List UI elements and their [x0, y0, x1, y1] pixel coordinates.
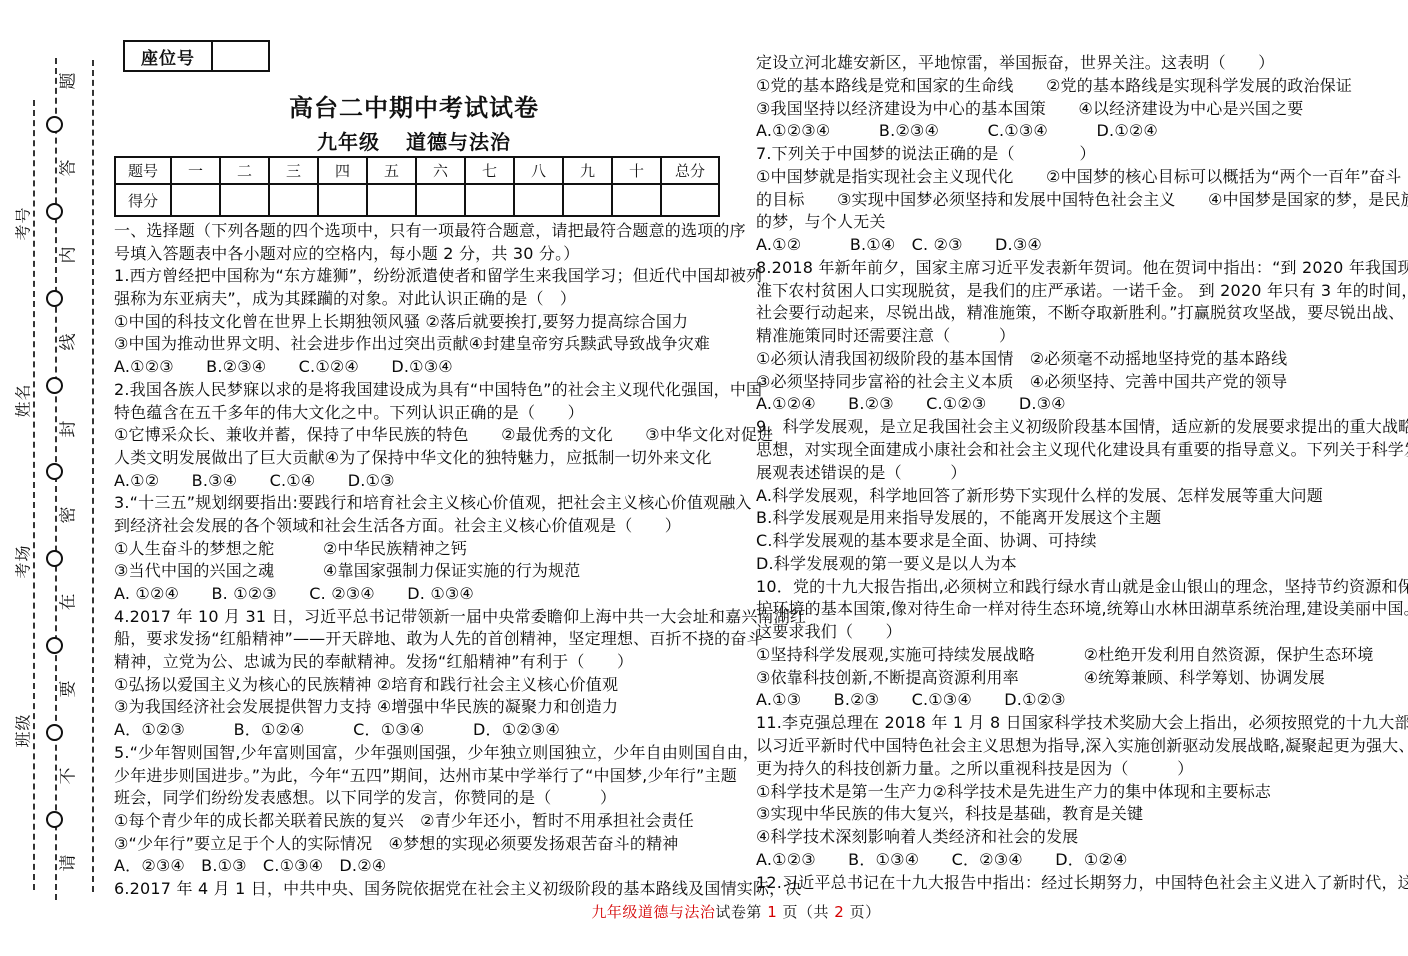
footer-segment: 九年级道德与法治 — [591, 903, 715, 921]
score-table-header-cell: 十 — [612, 157, 661, 184]
text-line: ①必须认清我国初级阶段的基本国情 ②必须毫不动摇地坚持党的基本路线 — [756, 348, 1368, 371]
text-line: 班会，同学们纷纷发表感想。以下同学的发言，你赞同的是（ ） — [114, 787, 730, 810]
text-line: A.①② B.①④ C. ②③ D.③④ — [756, 234, 1368, 257]
score-table-header-cell: 七 — [465, 157, 514, 184]
text-line: 1.西方曾经把中国称为“东方雄狮”，纷纷派遣使者和留学生来我国学习；但近代中国却… — [114, 265, 730, 288]
seal-circle-icon — [46, 377, 63, 394]
right-text-column: 定设立河北雄安新区，平地惊雷，举国振奋，世界关注。这表明（ ）①党的基本路线是党… — [756, 52, 1368, 894]
score-table-header-cell: 三 — [269, 157, 318, 184]
seat-number-label: 座位号 — [125, 42, 213, 70]
text-line: A.①②④ B.②③ C.①②③ D.③④ — [756, 393, 1368, 416]
page-title: 高台二中期中考试试卷 — [114, 88, 714, 123]
seal-char: 题 — [60, 73, 78, 90]
text-line: 精准施策同时还需要注意（ ） — [756, 325, 1368, 348]
score-table-score-row: 得分 — [115, 184, 719, 216]
text-line: ①弘扬以爱国主义为核心的民族精神 ②培育和践行社会主义核心价值观 — [114, 674, 730, 697]
score-cell — [220, 184, 269, 216]
text-line: D.科学发展观的第一要义是以人为本 — [756, 553, 1368, 576]
score-cell — [514, 184, 563, 216]
student-field-label-text: 考号 — [10, 206, 33, 240]
text-line: 以习近平新时代中国特色社会主义思想为指导,深入实施创新驱动发展战略,凝聚起更为强… — [756, 735, 1368, 758]
text-line: 一、选择题（下列各题的四个选项中，只有一项最符合题意，请把最符合题意的选项的序 — [114, 220, 730, 243]
subject-label: 道德与法治 — [406, 130, 511, 154]
text-line: 的目标 ③实现中国梦必须坚持和发展中国特色社会主义 ④中国梦是国家的梦，是民族 — [756, 189, 1368, 212]
text-line: A.科学发展观，科学地回答了新形势下实现什么样的发展、怎样发展等重大问题 — [756, 485, 1368, 508]
text-line: ③我国坚持以经济建设为中心的基本国策 ④以经济建设为中心是兴国之要 — [756, 98, 1368, 121]
score-cell — [416, 184, 465, 216]
text-line: 2.我国各族人民梦寐以求的是将我国建设成为具有“中国特色”的社会主义现代化强国，… — [114, 379, 730, 402]
seal-char: 要 — [60, 681, 78, 698]
text-line: ③为我国经济社会发展提供智力支持 ④增强中华民族的凝聚力和创造力 — [114, 696, 730, 719]
score-table-header-cell: 一 — [171, 157, 220, 184]
text-line: A.①②③ B．①③④ C．②③④ D．①②④ — [756, 849, 1368, 872]
fold-line-fields — [33, 100, 35, 890]
text-line: 特色蕴含在五千多年的伟大文化之中。下列认识正确的是（ ） — [114, 402, 730, 425]
score-cell — [269, 184, 318, 216]
footer-segment: 页（共 — [777, 903, 834, 921]
seal-char: 答 — [60, 159, 78, 176]
seal-circle-icon — [46, 550, 63, 567]
student-field-label-text: 班级 — [10, 713, 33, 747]
seal-char: 内 — [60, 246, 78, 263]
score-table-header-cell: 四 — [318, 157, 367, 184]
footer-segment: 页） — [844, 903, 880, 921]
text-line: 到经济社会发展的各个领域和社会生活各方面。社会主义核心价值观是（ ） — [114, 515, 730, 538]
footer-segment: 2 — [834, 903, 844, 921]
seal-char: 不 — [60, 768, 78, 785]
seal-circle-icon — [46, 637, 63, 654]
text-line: ①坚持科学发展观,实施可持续发展战略 ②杜绝开发利用自然资源，保护生态环境 — [756, 644, 1368, 667]
text-line: ①党的基本路线是党和国家的生命线 ②党的基本路线是实现科学发展的政治保证 — [756, 75, 1368, 98]
text-line: 强称为东亚病夫”，成为其蹂躏的对象。对此认识正确的是（ ） — [114, 288, 730, 311]
fold-line-inner — [92, 60, 94, 892]
seat-number-blank-cell — [213, 42, 268, 70]
text-line: A. ①②④ B. ①②③ C. ②③④ D. ①③④ — [114, 583, 730, 606]
seal-circle-icon — [46, 463, 63, 480]
score-row-label: 得分 — [115, 184, 171, 216]
seal-line-text: 题答内线封密在要不请 — [44, 72, 86, 872]
page-subtitle: 九年级道德与法治 — [114, 126, 714, 155]
seal-circle-icon — [46, 116, 63, 133]
text-line: 这要求我们（ ） — [756, 621, 1368, 644]
footer-segment: 1 — [767, 903, 777, 921]
text-line: 4.2017 年 10 月 31 日，习近平总书记带领新一届中央常委瞻仰上海中共… — [114, 606, 730, 629]
text-line: ④科学技术深刻影响着人类经济和社会的发展 — [756, 826, 1368, 849]
text-line: 9．科学发展观，是立足我国社会主义初级阶段基本国情，适应新的发展要求提出的重大战… — [756, 416, 1368, 439]
student-field-label-text: 考场 — [10, 544, 33, 578]
score-table-header-cell: 题号 — [115, 157, 171, 184]
seat-number-box: 座位号 — [123, 40, 270, 72]
text-line: ①它博采众长、兼收并蓄，保持了中华民族的特色 ②最优秀的文化 ③中华文化对促进 — [114, 424, 730, 447]
seal-char: 请 — [60, 854, 78, 871]
text-line: A．①②③ B．①②④ C．①③④ D．①②③④ — [114, 719, 730, 742]
text-line: 展观表述错误的是（ ） — [756, 462, 1368, 485]
score-table: 题号一二三四五六七八九十总分 得分 — [114, 156, 720, 217]
score-table-header-cell: 八 — [514, 157, 563, 184]
seal-char: 线 — [60, 333, 78, 350]
text-line: 的梦，与个人无关 — [756, 211, 1368, 234]
seal-circle-icon — [46, 203, 63, 220]
text-line: 少年进步则国进步。”为此，今年“五四”期间，达州市某中学举行了“中国梦,少年行”… — [114, 765, 730, 788]
score-table-header-cell: 二 — [220, 157, 269, 184]
score-cell — [367, 184, 416, 216]
text-line: ③实现中华民族的伟大复兴，科技是基础，教育是关键 — [756, 803, 1368, 826]
text-line: 号填入答题表中各小题对应的空格内，每小题 2 分，共 30 分。） — [114, 243, 730, 266]
left-text-column: 一、选择题（下列各题的四个选项中，只有一项最符合题意，请把最符合题意的选项的序号… — [114, 220, 730, 901]
text-line: ①科学技术是第一生产力②科学技术是先进生产力的集中体现和主要标志 — [756, 781, 1368, 804]
score-cell — [465, 184, 514, 216]
text-line: 5.“少年智则国智,少年富则国富，少年强则国强，少年独立则国独立，少年自由则国自… — [114, 742, 730, 765]
score-cell — [171, 184, 220, 216]
text-line: ③依靠科技创新,不断提高资源利用率 ④统筹兼顾、科学筹划、协调发展 — [756, 667, 1368, 690]
text-line: ③中国为推动世界文明、社会进步作出过突出贡献④封建皇帝穷兵黩武导致战争灾难 — [114, 333, 730, 356]
score-table-header-cell: 九 — [563, 157, 612, 184]
text-line: A．②③④ B.①③ C.①③④ D.②④ — [114, 855, 730, 878]
text-line: 思想，对实现全面建成小康社会和社会主义现代化建设具有重要的指导意义。下列关于科学… — [756, 439, 1368, 462]
text-line: C.科学发展观的基本要求是全面、协调、可持续 — [756, 530, 1368, 553]
text-line: 护环境的基本国策,像对待生命一样对待生态环境,统筹山水林田湖草系统治理,建设美丽… — [756, 598, 1368, 621]
text-line: 10．党的十九大报告指出,必须树立和践行绿水青山就是金山银山的理念，坚持节约资源… — [756, 576, 1368, 599]
text-line: ③“少年行”要立足于个人的实际情况 ④梦想的实现必须要发扬艰苦奋斗的精神 — [114, 833, 730, 856]
text-line: 人类文明发展做出了巨大贡献④为了保持中华文化的独特魅力，应抵制一切外来文化 — [114, 447, 730, 470]
score-cell — [612, 184, 661, 216]
text-line: A.①②③④ B.②③④ C.①③④ D.①②④ — [756, 120, 1368, 143]
text-line: 8.2018 年新年前夕，国家主席习近平发表新年贺词。他在贺词中指出：“到 20… — [756, 257, 1368, 280]
score-cell — [563, 184, 612, 216]
seal-char: 封 — [60, 420, 78, 437]
exam-page: 考号姓名考场班级 题答内线封密在要不请 座位号 高台二中期中考试试卷 九年级道德… — [0, 0, 1408, 956]
text-line: ①中国的科技文化曾在世界上长期独领风骚 ②落后就要挨打,要努力提高综合国力 — [114, 311, 730, 334]
grade-label: 九年级 — [317, 130, 380, 154]
text-line: 11.李克强总理在 2018 年 1 月 8 日国家科学技术奖励大会上指出，必须… — [756, 712, 1368, 735]
seal-circle-icon — [46, 290, 63, 307]
score-table-header-cell: 总分 — [661, 157, 719, 184]
seal-circle-icon — [46, 724, 63, 741]
text-line: ①中国梦就是指实现社会主义现代化 ②中国梦的核心目标可以概括为“两个一百年”奋斗 — [756, 166, 1368, 189]
text-line: 12.习近平总书记在十九大报告中指出：经过长期努力，中国特色社会主义进入了新时代… — [756, 872, 1368, 895]
text-line: A.①②③ B.②③④ C.①②④ D.①③④ — [114, 356, 730, 379]
score-cell — [661, 184, 719, 216]
text-line: B.科学发展观是用来指导发展的，不能离开发展这个主题 — [756, 507, 1368, 530]
text-line: 船，要求发扬“红船精神”——开天辟地、敢为人先的首创精神，坚定理想、百折不挠的奋… — [114, 628, 730, 651]
text-line: ①人生奋斗的梦想之舵 ②中华民族精神之钙 — [114, 538, 730, 561]
text-line: 6.2017 年 4 月 1 日，中共中央、国务院依据党在社会主义初级阶段的基本… — [114, 878, 730, 901]
seal-char: 密 — [60, 507, 78, 524]
text-line: ③当代中国的兴国之魂 ④靠国家强制力保证实施的行为规范 — [114, 560, 730, 583]
student-field-label-text: 姓名 — [10, 383, 33, 417]
text-line: 更为持久的科技创新力量。之所以重视科技是因为（ ） — [756, 758, 1368, 781]
text-line: 精神，立党为公、忠诚为民的奉献精神。发扬“红船精神”有利于（ ） — [114, 651, 730, 674]
text-line: 7.下列关于中国梦的说法正确的是（ ） — [756, 143, 1368, 166]
text-line: 准下农村贫困人口实现脱贫，是我们的庄严承诺。一诺千金。 到 2020 年只有 3… — [756, 280, 1368, 303]
text-line: 3.“十三五”规划纲要指出:要践行和培育社会主义核心价值观，把社会主义核心价值观… — [114, 492, 730, 515]
seal-circle-icon — [46, 811, 63, 828]
text-line: A.①③ B.②③ C.①③④ D.①②③ — [756, 689, 1368, 712]
score-table-header-cell: 六 — [416, 157, 465, 184]
text-line: A.①② B.③④ C.①④ D.①③ — [114, 470, 730, 493]
text-line: 定设立河北雄安新区，平地惊雷，举国振奋，世界关注。这表明（ ） — [756, 52, 1368, 75]
seal-char: 在 — [60, 594, 78, 611]
text-line: ③必须坚持同步富裕的社会主义本质 ④必须坚持、完善中国共产党的领导 — [756, 371, 1368, 394]
score-cell — [318, 184, 367, 216]
text-line: ①每个青少年的成长都关联着民族的复兴 ②青少年还小，暂时不用承担社会责任 — [114, 810, 730, 833]
score-table-header-cell: 五 — [367, 157, 416, 184]
footer-segment: 试卷第 — [715, 903, 767, 921]
page-footer: 九年级道德与法治试卷第 1 页（共 2 页） — [32, 901, 1408, 922]
score-table-header-row: 题号一二三四五六七八九十总分 — [115, 157, 719, 184]
text-line: 社会要行动起来，尽锐出战，精准施策，不断夺取新胜利。”打赢脱贫攻坚战，要尽锐出战… — [756, 302, 1368, 325]
